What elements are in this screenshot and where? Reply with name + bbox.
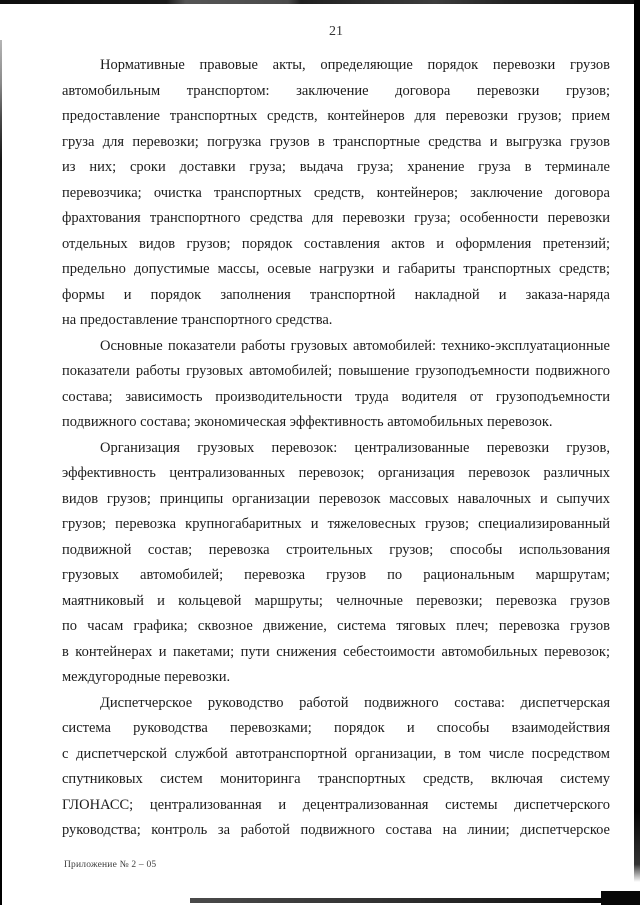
text-line: Организация грузовых перевозок: централи…: [62, 436, 610, 462]
text-line: подвижной состав; перевозка строительных…: [62, 538, 610, 564]
text-line: система руководства перевозками; порядок…: [62, 716, 610, 742]
text-line: эффективность централизованных перевозок…: [62, 461, 610, 487]
text-line: предоставление транспортных средств, кон…: [62, 104, 610, 130]
text-line: Нормативные правовые акты, определяющие …: [62, 53, 610, 79]
document-body: Нормативные правовые акты, определяющие …: [62, 53, 610, 844]
text-line: состава; зависимость производительности …: [62, 385, 610, 411]
document-page: 21 Нормативные правовые акты, определяющ…: [0, 0, 640, 905]
text-line: Диспетчерское руководство работой подвиж…: [62, 691, 610, 717]
scan-edge-left: [0, 40, 2, 905]
text-line: видов грузов; принципы организации перев…: [62, 487, 610, 513]
text-line: Основные показатели работы грузовых авто…: [62, 334, 610, 360]
text-line: междугородные перевозки.: [62, 665, 610, 691]
scan-edge-top: [0, 0, 640, 4]
text-line: предельно допустимые массы, осевые нагру…: [62, 257, 610, 283]
text-line: подвижного состава; экономическая эффект…: [62, 410, 610, 436]
text-line: фрахтования транспортного средства для п…: [62, 206, 610, 232]
text-line: грузов; перевозка крупногабаритных и тяж…: [62, 512, 610, 538]
text-line: из них; сроки доставки груза; выдача гру…: [62, 155, 610, 181]
text-line: перевозчика; очистка транспортных средст…: [62, 181, 610, 207]
scan-edge-bottom: [190, 898, 640, 903]
text-line: маятниковый и кольцевой маршруты; челноч…: [62, 589, 610, 615]
scan-edge-right: [634, 0, 640, 882]
text-line: показатели работы грузовых автомобилей; …: [62, 359, 610, 385]
text-line: груза для перевозки; погрузка грузов в т…: [62, 130, 610, 156]
text-line: спутниковых систем мониторинга транспорт…: [62, 767, 610, 793]
text-line: с диспетчерской службой автотранспортной…: [62, 742, 610, 768]
text-line: в контейнерах и пакетами; пути снижения …: [62, 640, 610, 666]
page-number: 21: [62, 24, 610, 40]
text-line: отдельных видов грузов; порядок составле…: [62, 232, 610, 258]
text-line: руководства; контроль за работой подвижн…: [62, 818, 610, 844]
text-line: ГЛОНАСС; централизованная и децентрализо…: [62, 793, 610, 819]
text-line: на предоставление транспортного средства…: [62, 308, 610, 334]
footer-note: Приложение № 2 – 05: [64, 860, 156, 870]
scan-edge-bottom-corner: [601, 891, 640, 905]
text-line: формы и порядок заполнения транспортной …: [62, 283, 610, 309]
text-line: по часам графика; сквозное движение, сис…: [62, 614, 610, 640]
text-line: автомобильным транспортом: заключение до…: [62, 79, 610, 105]
text-line: грузовых автомобилей; перевозка грузов п…: [62, 563, 610, 589]
